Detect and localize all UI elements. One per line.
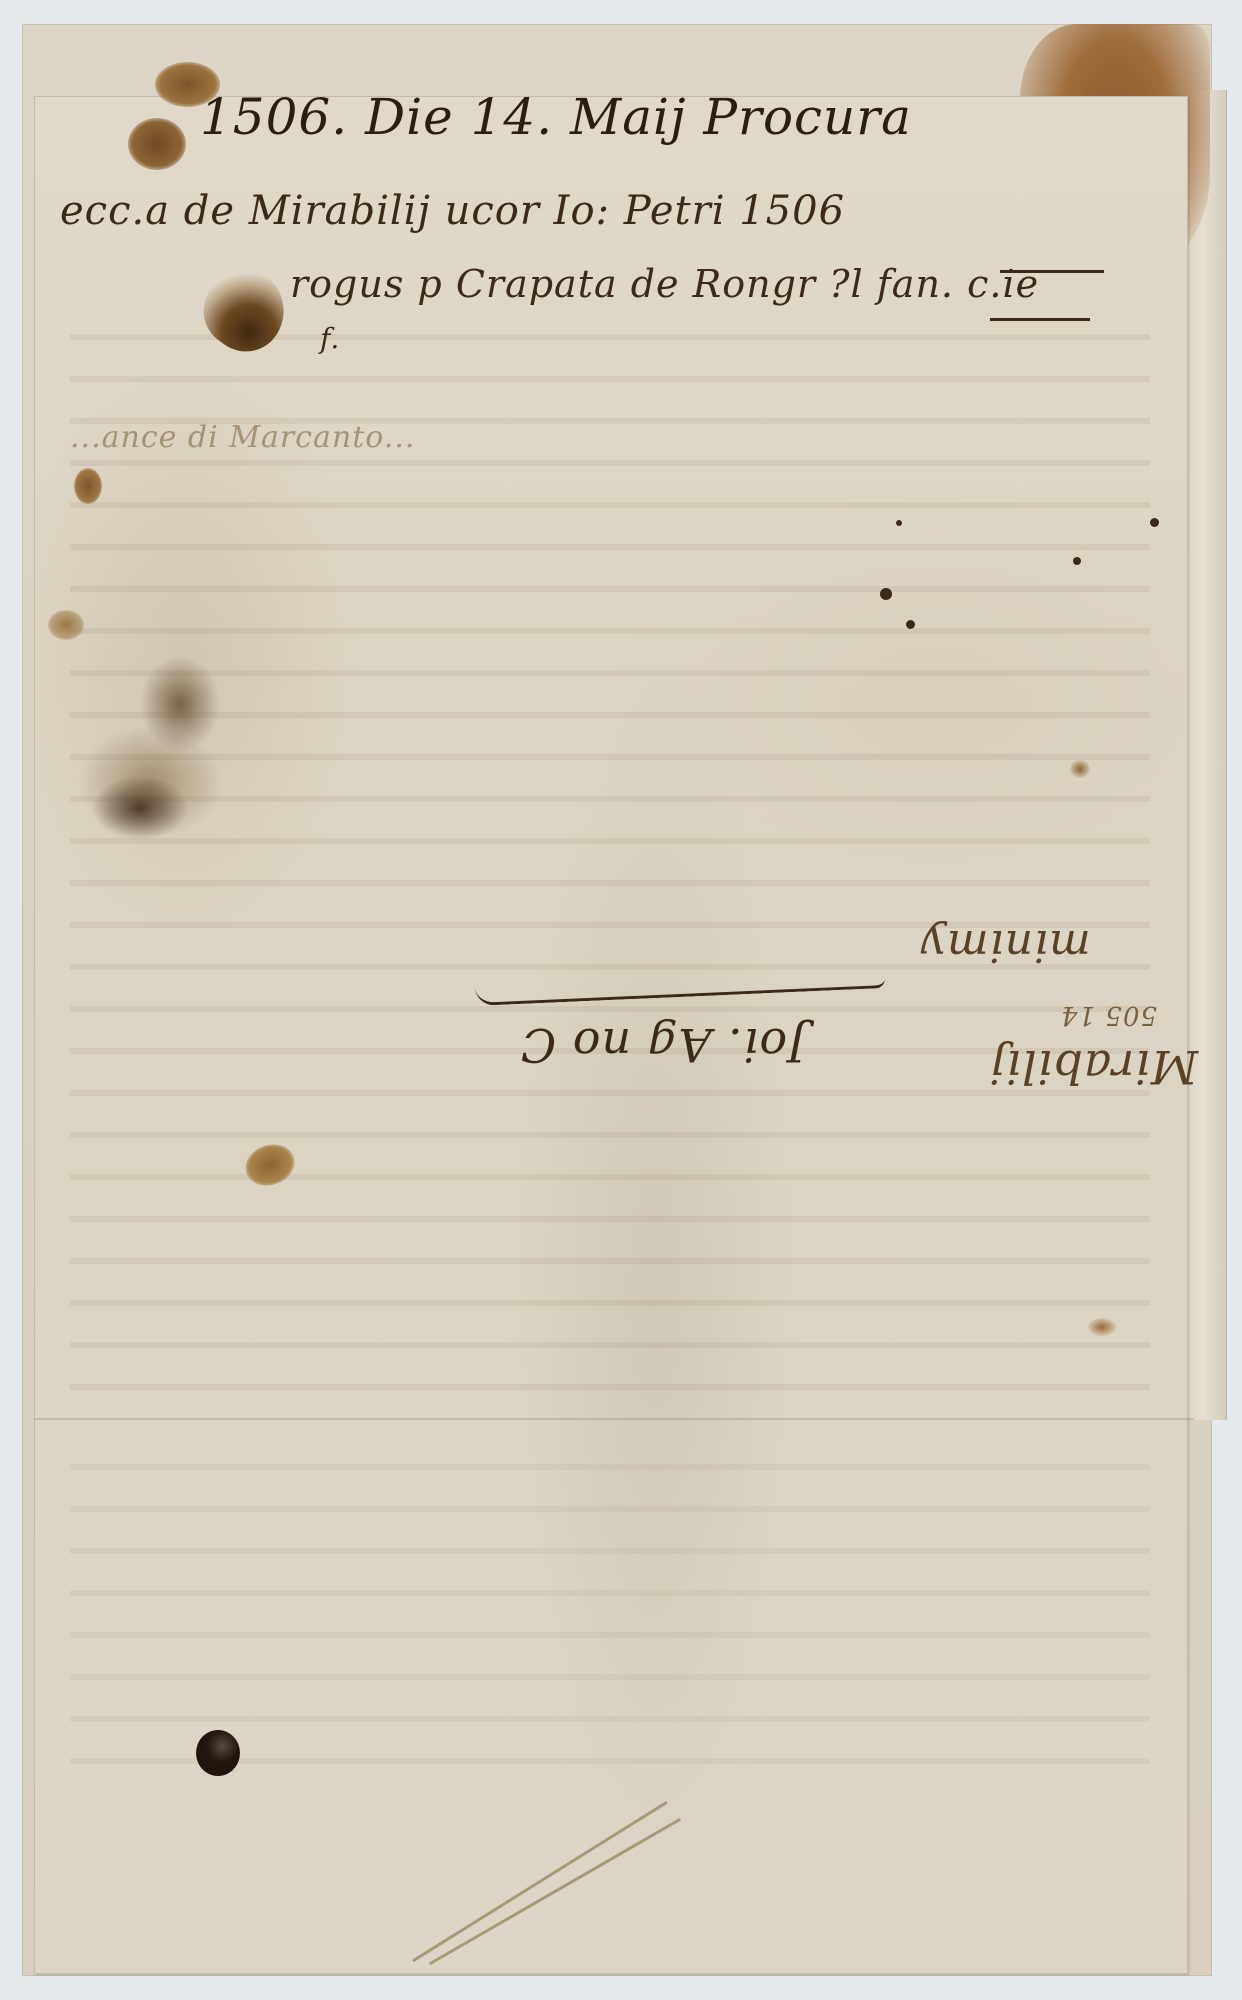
ink-stain — [1088, 1318, 1116, 1336]
bleed-through-text — [70, 310, 1150, 1410]
heading-line-3-sub: f. — [320, 322, 340, 355]
ink-dot — [896, 520, 902, 526]
fold-crease — [34, 1418, 1194, 1420]
ink-dot — [906, 620, 915, 629]
underline — [990, 318, 1090, 321]
upside-down-note-3: Mirabilij — [990, 1040, 1198, 1094]
upside-down-note-1: minimy — [920, 920, 1091, 971]
ink-dot — [1150, 518, 1159, 527]
ink-dot — [1073, 557, 1081, 565]
heading-line-2: ecc.a de Mirabilij ucor Io: Petri 1506 — [60, 188, 845, 234]
foxing-stain — [60, 600, 260, 860]
faded-text-line: ...ance di Marcanto... — [70, 420, 415, 455]
ink-stain — [128, 118, 186, 170]
ink-stain — [74, 468, 102, 504]
ink-stain — [1070, 760, 1090, 778]
ink-dot — [880, 588, 892, 600]
heading-line-3: rogus p Crapata de Rongr ?l fan. c.ie — [290, 262, 1039, 306]
ink-blot — [196, 1730, 240, 1776]
heading-line-1: 1506. Die 14. Maij Procura — [200, 88, 912, 146]
upside-down-note-4: Joi. Ag no C — [520, 1018, 807, 1072]
upside-down-note-2: 505 14 — [1060, 1000, 1157, 1030]
